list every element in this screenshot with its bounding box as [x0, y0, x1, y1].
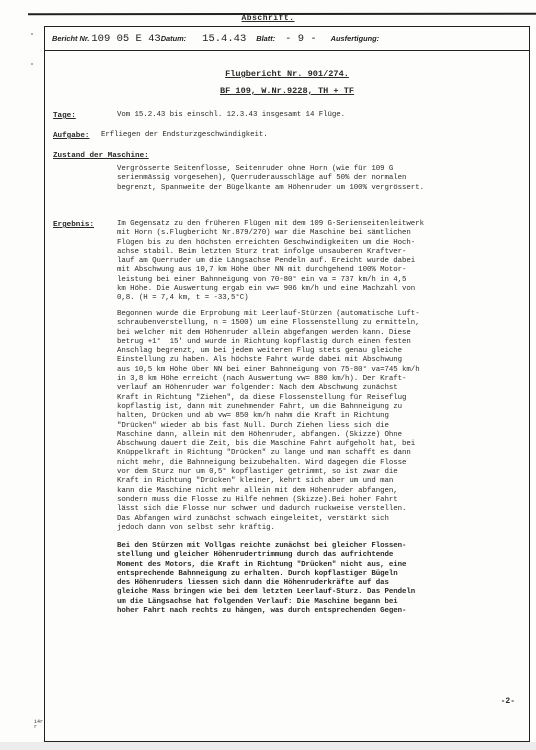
margin-mark: i4r r	[34, 720, 40, 730]
aircraft-id: BF 109, W.Nr.9228, TH + TF	[45, 86, 529, 96]
blatt-label: Blatt:	[256, 34, 275, 43]
ergebnis-label: Ergebnis:	[53, 221, 94, 229]
report-frame: Bericht Nr. 109 05 E 43 Datum: 15.4.43 B…	[44, 26, 530, 742]
tage-label: Tage:	[53, 112, 76, 120]
datum-label: Datum:	[161, 34, 186, 43]
ergebnis-paragraph-2: Begonnen wurde die Erprobung mit Leerlau…	[117, 310, 420, 533]
zustand-text: Vergrösserte Seitenflosse, Seitenruder o…	[117, 165, 424, 193]
aufgabe-text: Erfliegen der Endsturzgeschwindigkeit.	[101, 131, 268, 140]
bericht-number: 109 05 E 43	[91, 33, 160, 45]
scan-speck	[31, 63, 33, 65]
tage-text: Vom 15.2.43 bis einschl. 12.3.43 insgesa…	[117, 111, 345, 120]
scan-speck	[31, 33, 33, 35]
copy-stamp: Abschrift.	[0, 14, 536, 23]
report-header: Bericht Nr. 109 05 E 43 Datum: 15.4.43 B…	[45, 27, 529, 51]
document-page: Abschrift. Bericht Nr. 109 05 E 43 Datum…	[0, 0, 536, 742]
page-number: -2-	[501, 697, 515, 706]
ausfertigung-label: Ausfertigung:	[331, 34, 379, 43]
aufgabe-label: Aufgabe:	[53, 132, 89, 140]
viewer-bottom-strip	[0, 742, 536, 750]
report-title: Flugbericht Nr. 901/274.	[45, 69, 529, 79]
datum-value: 15.4.43	[202, 33, 246, 45]
ergebnis-paragraph-3: Bei den Stürzen mit Vollgas reichte zunä…	[117, 542, 415, 616]
bericht-label: Bericht Nr.	[52, 34, 89, 43]
zustand-label: Zustand der Maschine:	[53, 152, 149, 160]
blatt-value: - 9 -	[285, 33, 317, 45]
ergebnis-paragraph-1: Im Gegensatz zu den früheren Flügen mit …	[117, 220, 424, 304]
